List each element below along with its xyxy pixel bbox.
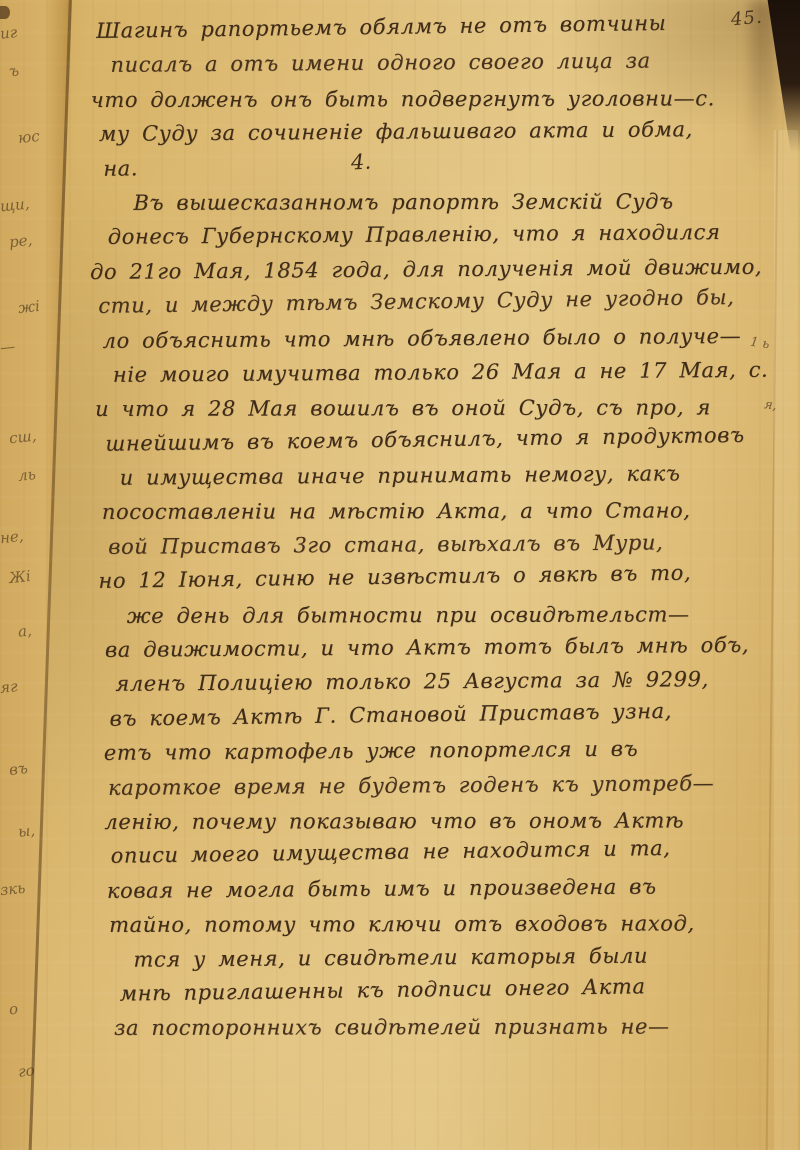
margin-ink-mark: я, [763, 397, 778, 414]
left-edge-fragment: о [8, 1000, 19, 1019]
left-edge-fragment: ъ [8, 62, 20, 81]
manuscript-line: ло объяснить что мнѣ объявлено было о по… [90, 318, 800, 358]
manuscript-line: донесъ Губернскому Правленію, что я нахо… [90, 215, 800, 255]
manuscript-line: Въ вышесказанномъ рапортѣ Земскій Судъ [89, 184, 800, 220]
left-edge-fragment: жі [17, 297, 41, 317]
manuscript-line: кароткое время не будетъ годенъ къ употр… [94, 765, 800, 805]
section-number-mark: 4. [350, 149, 371, 174]
left-edge-fragment: — [0, 337, 16, 356]
left-edge-fragment: не, [0, 527, 24, 547]
manuscript-line: же день для бытности при освидѣтельст— [93, 597, 800, 633]
manuscript-line: что долженъ онъ быть подвергнутъ уголовн… [89, 81, 800, 117]
left-edge-fragment: въ [8, 759, 29, 779]
manuscript-text: Шагинъ рапортьемъ обялмъ не отъ вотчинып… [88, 8, 800, 1045]
manuscript-line: за постороннихъ свидѣтелей признать не— [96, 1009, 800, 1045]
left-edge-fragment: го [17, 1061, 35, 1081]
manuscript-line: посоставленіи на мѣстію Акта, а что Стан… [92, 494, 800, 530]
ink-corner-mark [0, 6, 10, 19]
left-edge-fragment: юс [17, 127, 40, 147]
left-edge-fragment: ль [17, 465, 37, 485]
manuscript-scan-page: 45. Шагинъ рапортьемъ обялмъ не отъ вотч… [0, 0, 800, 1150]
manuscript-line: Шагинъ рапортьемъ обялмъ не отъ вотчины [88, 4, 800, 48]
left-edge-fragment: щи, [0, 195, 30, 216]
manuscript-line: ковая не могла быть имъ и произведена въ [95, 868, 800, 908]
manuscript-line: етъ что картофель уже попортелся и въ [94, 731, 800, 771]
left-edge-fragment: яг [0, 677, 18, 697]
left-edge-fragment: ы, [17, 821, 36, 841]
manuscript-line: тайно, потому что ключи отъ входовъ нахо… [95, 906, 800, 942]
left-edge-fragment: сш, [8, 427, 37, 448]
manuscript-line: ніе моиго имучитва только 26 Мая а не 17… [91, 352, 800, 392]
left-edge-fragment: иг [0, 23, 18, 43]
margin-ink-mark: 1 ь [749, 335, 770, 353]
left-edge-fragment: Жі [8, 567, 31, 587]
left-edge-fragment: ре, [8, 231, 33, 251]
manuscript-line: ва движимости, и что Актъ тотъ былъ мнѣ … [93, 627, 800, 667]
manuscript-line: писалъ а отъ имени одного своего лица за [88, 43, 800, 83]
left-edge-fragment: зкь [0, 879, 26, 900]
manuscript-line: и имущества иначе принимать немогу, какъ [92, 455, 800, 495]
left-edge-fragment: а, [17, 621, 33, 640]
